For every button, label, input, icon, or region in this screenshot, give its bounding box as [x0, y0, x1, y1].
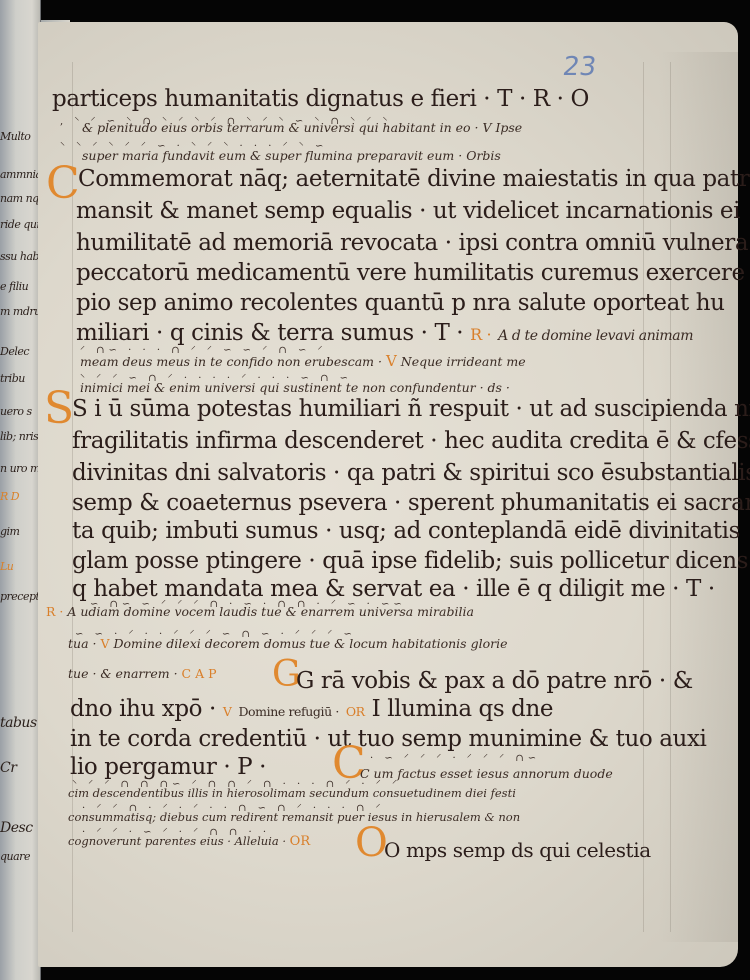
left-fragment: m mdru: [0, 305, 41, 318]
left-fragment: Cr: [0, 760, 16, 776]
text-line: ta quib; imbuti sumus · usq; ad contepla…: [72, 518, 740, 544]
rubric-or: OR: [346, 704, 365, 719]
text-segment: Domine dilexi decorem domus tue & locum …: [113, 636, 507, 651]
text-line: super maria fundavit eum & super flumina…: [82, 148, 501, 163]
left-fragment: Desc: [0, 820, 33, 836]
decorated-initial-s: S: [44, 383, 74, 434]
text-segment: A udiam domine vocem laudis tue & enarre…: [67, 604, 474, 619]
text-line: cognoverunt parentes eius · Alleluia · O…: [68, 834, 310, 849]
text-line: R · A udiam domine vocem laudis tue & en…: [46, 604, 474, 619]
left-fragment: e filiu: [0, 280, 28, 293]
text-line: particeps humanitatis dignatus e fieri ·…: [52, 86, 589, 112]
left-fragment: ride qui: [0, 218, 39, 231]
text-line: inimici mei & enim universi qui sustinen…: [80, 380, 510, 395]
left-fragment: Multo: [0, 130, 30, 143]
text-line: Commemorat nāq; aeternitatē divine maies…: [78, 166, 750, 192]
text-segment: tua ·: [68, 636, 96, 651]
rubric-r: R ·: [470, 325, 491, 344]
text-segment: Neque irrideant me: [401, 354, 526, 369]
rubric-v: V: [386, 352, 397, 370]
folio-number: 23: [561, 52, 598, 82]
text-segment: tue · & enarrem ·: [68, 666, 178, 681]
text-segment: meam deus meus in te confido non erubesc…: [80, 354, 382, 369]
text-segment: I llumina qs dne: [372, 696, 554, 722]
rubric-v: V: [223, 704, 232, 719]
left-fragment: precept: [0, 590, 39, 603]
text-line: G rā vobis & pax a dō patre nrō · &: [296, 668, 693, 694]
text-line: meam deus meus in te confido non erubesc…: [80, 352, 526, 370]
text-line: tua · V Domine dilexi decorem domus tue …: [68, 636, 507, 651]
text-line: & plenitudo eius orbis terrarum & univer…: [82, 120, 522, 135]
text-line: divinitas dni salvatoris · qa patri & sp…: [72, 460, 750, 486]
text-line: O mps semp ds qui celestia: [384, 838, 651, 862]
text-line: dno ihu xpō · V Domine refugiū · OR I ll…: [70, 696, 553, 722]
text-line: semp & coaeternus psevera · sperent phum…: [72, 490, 750, 516]
rubric-cap: CAP: [182, 666, 221, 681]
rubric-r: R ·: [46, 604, 63, 619]
text-line: mansit & manet semp equalis · ut videlic…: [76, 198, 740, 224]
left-fragment: ssu hab: [0, 250, 39, 263]
left-fragment: gim: [0, 525, 20, 538]
left-fragment: tribu: [0, 372, 25, 385]
text-line: tue · & enarrem · CAP: [68, 666, 221, 681]
left-fragment: tabus: [0, 715, 37, 731]
text-line: consummatisq; diebus cum redirent remans…: [68, 810, 520, 824]
text-line: peccatorū medicamentū vere humilitatis c…: [76, 260, 750, 286]
facing-left-page: Multo ammnia ip nam nqs ride qui ssu hab…: [0, 0, 41, 980]
text-segment: cognoverunt parentes eius · Alleluia ·: [68, 834, 286, 848]
text-segment: A d te domine levavi animam: [498, 328, 693, 344]
text-line: humilitatē ad memoriā revocata · ipsi co…: [76, 230, 748, 256]
left-fragment: uero s: [0, 405, 32, 418]
text-line: fragilitatis infirma descenderet · hec a…: [72, 428, 750, 454]
left-fragment: quare: [0, 850, 30, 863]
left-fragment: R D: [0, 490, 19, 503]
text-line: in te corda credentiū · ut tuo semp muni…: [70, 726, 706, 752]
text-line: cim descendentibus illis in hierosolimam…: [68, 786, 516, 800]
left-fragment: lib; nris: [0, 430, 38, 443]
rubric-or: OR: [290, 834, 310, 849]
neumes: · ∽ ⸍ ⸍ ⸍ · ⸍ ⸍ ⸍ ∩∽: [370, 750, 540, 764]
left-fragment: Lu: [0, 560, 13, 573]
decorated-initial-o: O: [355, 820, 388, 866]
text-line: S i ū sūma potestas humiliari ñ respuit …: [72, 396, 750, 422]
text-segment: Domine refugiū ·: [238, 704, 338, 719]
decorated-initial-c: C: [46, 158, 80, 209]
left-fragment: Delec: [0, 345, 29, 358]
text-segment: dno ihu xpō ·: [70, 696, 216, 722]
text-line: pio sep animo recolentes quantū p nra sa…: [76, 290, 725, 316]
rubric-v: V: [100, 636, 109, 651]
text-line: glam posse ptingere · quā ipse fidelib; …: [72, 548, 750, 574]
